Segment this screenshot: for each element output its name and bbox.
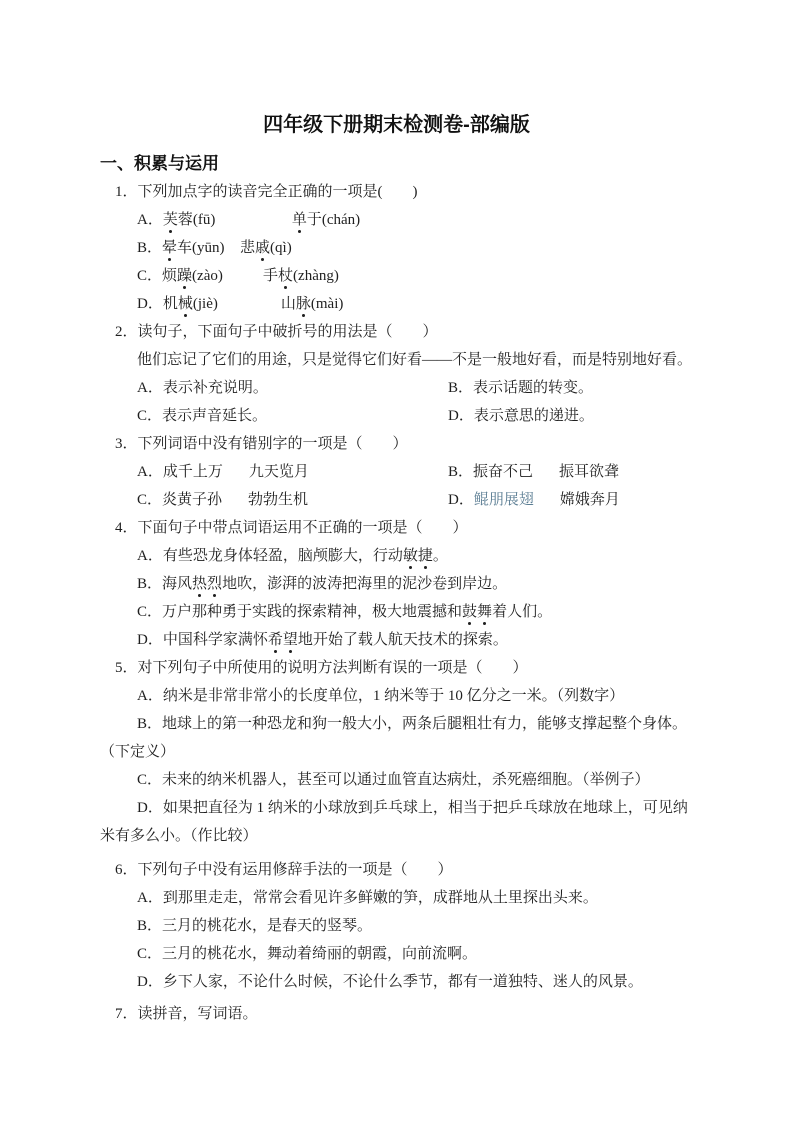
question-number: 7． (115, 1000, 138, 1028)
option-phrase-1: 振奋不己 (473, 458, 559, 486)
option-word-2: 悲戚(qì) (240, 240, 292, 256)
option-letter: D． (448, 492, 474, 508)
question-number: 4． (115, 514, 138, 542)
question-6-option-a: A．到那里走走，常常会看见许多鲜嫩的笋，成群地从土里探出头来。 (100, 884, 693, 912)
question-4-option-c: C．万户那种勇于实践的探索精神，极大地震撼和鼓舞着人们。 (100, 598, 693, 626)
question-6: 6．下列句子中没有运用修辞手法的一项是（ ） A．到那里走走，常常会看见许多鲜嫩… (100, 856, 693, 996)
option-phrase-2: 勃勃生机 (248, 492, 308, 508)
option-word-2: 山脉(mài) (281, 296, 344, 312)
option-phrase-2: 九天览月 (249, 464, 309, 480)
option-letter: D． (137, 296, 163, 312)
question-6-option-d: D．乡下人家，不论什么时候，不论什么季节，都有一道独特、迷人的风景。 (100, 968, 693, 996)
option-text: 如果把直径为 1 纳米的小球放到乒乓球上，相当于把乒乓球放在地球上，可见纳米有多… (100, 800, 688, 844)
option-letter: A． (137, 464, 163, 480)
option-letter: B． (137, 240, 162, 256)
question-5-option-a: A．纳米是非常非常小的长度单位，1 纳米等于 10 亿分之一米。（列数字） (100, 682, 693, 710)
option-text: 三月的桃花水，舞动着绮丽的朝霞，向前流啊。 (162, 946, 477, 962)
option-word-1: 芙蓉(fū) (163, 206, 292, 234)
question-4-option-b: B．海风热烈地吹，澎湃的波涛把海里的泥沙卷到岸边。 (100, 570, 693, 598)
option-letter: B． (137, 918, 162, 934)
option-letter: D． (137, 632, 163, 648)
option-text: 到那里走走，常常会看见许多鲜嫩的笋，成群地从土里探出头来。 (163, 890, 598, 906)
option-text: 乡下人家，不论什么时候，不论什么季节，都有一道独特、迷人的风景。 (163, 974, 643, 990)
question-4: 4．下面句子中带点词语运用不正确的一项是（ ） A．有些恐龙身体轻盈，脑颅膨大，… (100, 514, 693, 654)
question-3-option-d: D．鲲朋展翅嫦娥奔月 (448, 486, 693, 514)
option-letter: C． (137, 946, 162, 962)
option-word-1: 机械(jiè) (163, 290, 281, 318)
option-text: 纳米是非常非常小的长度单位，1 纳米等于 10 亿分之一米。（列数字） (163, 688, 624, 704)
option-text: 三月的桃花水，是春天的竖琴。 (162, 918, 372, 934)
option-phrase-1: 成千上万 (163, 458, 249, 486)
question-3-option-row-2: C．炎黄子孙勃勃生机 D．鲲朋展翅嫦娥奔月 (100, 486, 693, 514)
option-text: 中国科学家满怀希望地开始了载人航天技术的探索。 (163, 632, 508, 648)
option-letter: D． (137, 800, 163, 816)
question-number: 3． (115, 430, 138, 458)
question-1-option-d: D．机械(jiè)山脉(mài) (100, 290, 693, 318)
option-text: 表示声音延长。 (162, 408, 267, 424)
option-letter: C． (137, 268, 162, 284)
question-1-option-b: B．晕车(yūn)悲戚(qì) (100, 234, 693, 262)
question-stem-text: 对下列句子中所使用的说明方法判断有误的一项是（ ） (138, 660, 528, 676)
question-5-option-c: C．未来的纳米机器人，甚至可以通过血管直达病灶，杀死癌细胞。（举例子） (100, 766, 693, 794)
question-stem-text: 下列词语中没有错别字的一项是（ ） (138, 436, 408, 452)
option-text: 表示补充说明。 (163, 380, 268, 396)
question-number: 5． (115, 654, 138, 682)
question-5-option-d: D．如果把直径为 1 纳米的小球放到乒乓球上，相当于把乒乓球放在地球上，可见纳米… (100, 794, 693, 850)
option-letter: D． (448, 408, 474, 424)
option-word-2: 手杖(zhàng) (263, 268, 339, 284)
option-letter: B． (137, 576, 162, 592)
question-4-option-d: D．中国科学家满怀希望地开始了载人航天技术的探索。 (100, 626, 693, 654)
question-stem-text: 下面句子中带点词语运用不正确的一项是（ ） (138, 520, 468, 536)
option-phrase-2: 嫦娥奔月 (560, 492, 620, 508)
question-number: 2． (115, 318, 138, 346)
question-stem-text: 下列加点字的读音完全正确的一项是( ) (138, 184, 418, 200)
option-letter: A． (137, 548, 163, 564)
question-1: 1．下列加点字的读音完全正确的一项是( ) A．芙蓉(fū)单于(chán) B… (100, 178, 693, 318)
option-letter: B． (448, 380, 473, 396)
question-6-option-b: B．三月的桃花水，是春天的竖琴。 (100, 912, 693, 940)
question-1-stem: 1．下列加点字的读音完全正确的一项是( ) (100, 178, 693, 206)
option-text: 海风热烈地吹，澎湃的波涛把海里的泥沙卷到岸边。 (162, 576, 507, 592)
option-word-2: 单于(chán) (292, 212, 360, 228)
option-letter: C． (137, 772, 162, 788)
option-word-1: 烦躁(zào) (162, 262, 263, 290)
question-2-option-b: B．表示话题的转变。 (448, 374, 693, 402)
question-2-option-c: C．表示声音延长。 (137, 402, 448, 430)
question-7: 7．读拼音，写词语。 (100, 1000, 693, 1028)
document-page: 四年级下册期末检测卷-部编版 一、积累与运用 1．下列加点字的读音完全正确的一项… (0, 0, 793, 1122)
question-3: 3．下列词语中没有错别字的一项是（ ） A．成千上万九天览月 B．振奋不己振耳欲… (100, 430, 693, 514)
option-word-1: 晕车(yūn) (162, 234, 240, 262)
option-letter: A． (137, 212, 163, 228)
question-6-option-c: C．三月的桃花水，舞动着绮丽的朝霞，向前流啊。 (100, 940, 693, 968)
option-letter: B． (137, 716, 162, 732)
option-phrase-1: 炎黄子孙 (162, 486, 248, 514)
option-text: 未来的纳米机器人，甚至可以通过血管直达病灶，杀死癌细胞。（举例子） (162, 772, 650, 788)
question-3-option-row-1: A．成千上万九天览月 B．振奋不己振耳欲聋 (100, 458, 693, 486)
document-content: 四年级下册期末检测卷-部编版 一、积累与运用 1．下列加点字的读音完全正确的一项… (0, 0, 793, 1028)
option-text: 有些恐龙身体轻盈，脑颅膨大，行动敏捷。 (163, 548, 448, 564)
page-title: 四年级下册期末检测卷-部编版 (100, 110, 693, 140)
question-3-option-b: B．振奋不己振耳欲聋 (448, 458, 693, 486)
question-stem-text: 读句子，下面句子中破折号的用法是（ ） (138, 324, 438, 340)
question-2-option-row-2: C．表示声音延长。 D．表示意思的递进。 (100, 402, 693, 430)
option-letter: C． (137, 604, 162, 620)
option-letter: C． (137, 492, 162, 508)
question-7-stem: 7．读拼音，写词语。 (100, 1000, 693, 1028)
option-letter: A． (137, 890, 163, 906)
question-2-option-row-1: A．表示补充说明。 B．表示话题的转变。 (100, 374, 693, 402)
question-number: 6． (115, 856, 138, 884)
question-3-option-c: C．炎黄子孙勃勃生机 (137, 486, 448, 514)
option-text: 表示意思的递进。 (474, 408, 594, 424)
question-number: 1． (115, 178, 138, 206)
question-2-option-a: A．表示补充说明。 (137, 374, 448, 402)
option-letter: D． (137, 974, 163, 990)
question-6-stem: 6．下列句子中没有运用修辞手法的一项是（ ） (100, 856, 693, 884)
option-text: 地球上的第一种恐龙和狗一般大小，两条后腿粗壮有力，能够支撑起整个身体。（下定义） (100, 716, 687, 760)
option-letter: A． (137, 688, 163, 704)
option-text: 万户那种勇于实践的探索精神，极大地震撼和鼓舞着人们。 (162, 604, 552, 620)
option-phrase-2: 振耳欲聋 (559, 464, 619, 480)
option-letter: C． (137, 408, 162, 424)
question-3-option-a: A．成千上万九天览月 (137, 458, 448, 486)
question-2: 2．读句子，下面句子中破折号的用法是（ ） 他们忘记了它们的用途，只是觉得它们好… (100, 318, 693, 430)
question-3-stem: 3．下列词语中没有错别字的一项是（ ） (100, 430, 693, 458)
question-5-stem: 5．对下列句子中所使用的说明方法判断有误的一项是（ ） (100, 654, 693, 682)
question-4-option-a: A．有些恐龙身体轻盈，脑颅膨大，行动敏捷。 (100, 542, 693, 570)
option-phrase-1-highlighted: 鲲朋展翅 (474, 486, 560, 514)
question-5-option-b: B．地球上的第一种恐龙和狗一般大小，两条后腿粗壮有力，能够支撑起整个身体。（下定… (100, 710, 693, 766)
question-2-sentence: 他们忘记了它们的用途，只是觉得它们好看——不是一般地好看，而是特别地好看。 (100, 346, 693, 374)
question-1-option-a: A．芙蓉(fū)单于(chán) (100, 206, 693, 234)
option-letter: A． (137, 380, 163, 396)
option-letter: B． (448, 464, 473, 480)
question-stem-text: 读拼音，写词语。 (138, 1006, 258, 1022)
question-4-stem: 4．下面句子中带点词语运用不正确的一项是（ ） (100, 514, 693, 542)
section-heading: 一、积累与运用 (100, 150, 693, 178)
option-text: 表示话题的转变。 (473, 380, 593, 396)
question-2-stem: 2．读句子，下面句子中破折号的用法是（ ） (100, 318, 693, 346)
question-2-option-d: D．表示意思的递进。 (448, 402, 693, 430)
question-1-option-c: C．烦躁(zào)手杖(zhàng) (100, 262, 693, 290)
question-stem-text: 下列句子中没有运用修辞手法的一项是（ ） (138, 862, 453, 878)
question-5: 5．对下列句子中所使用的说明方法判断有误的一项是（ ） A．纳米是非常非常小的长… (100, 654, 693, 850)
